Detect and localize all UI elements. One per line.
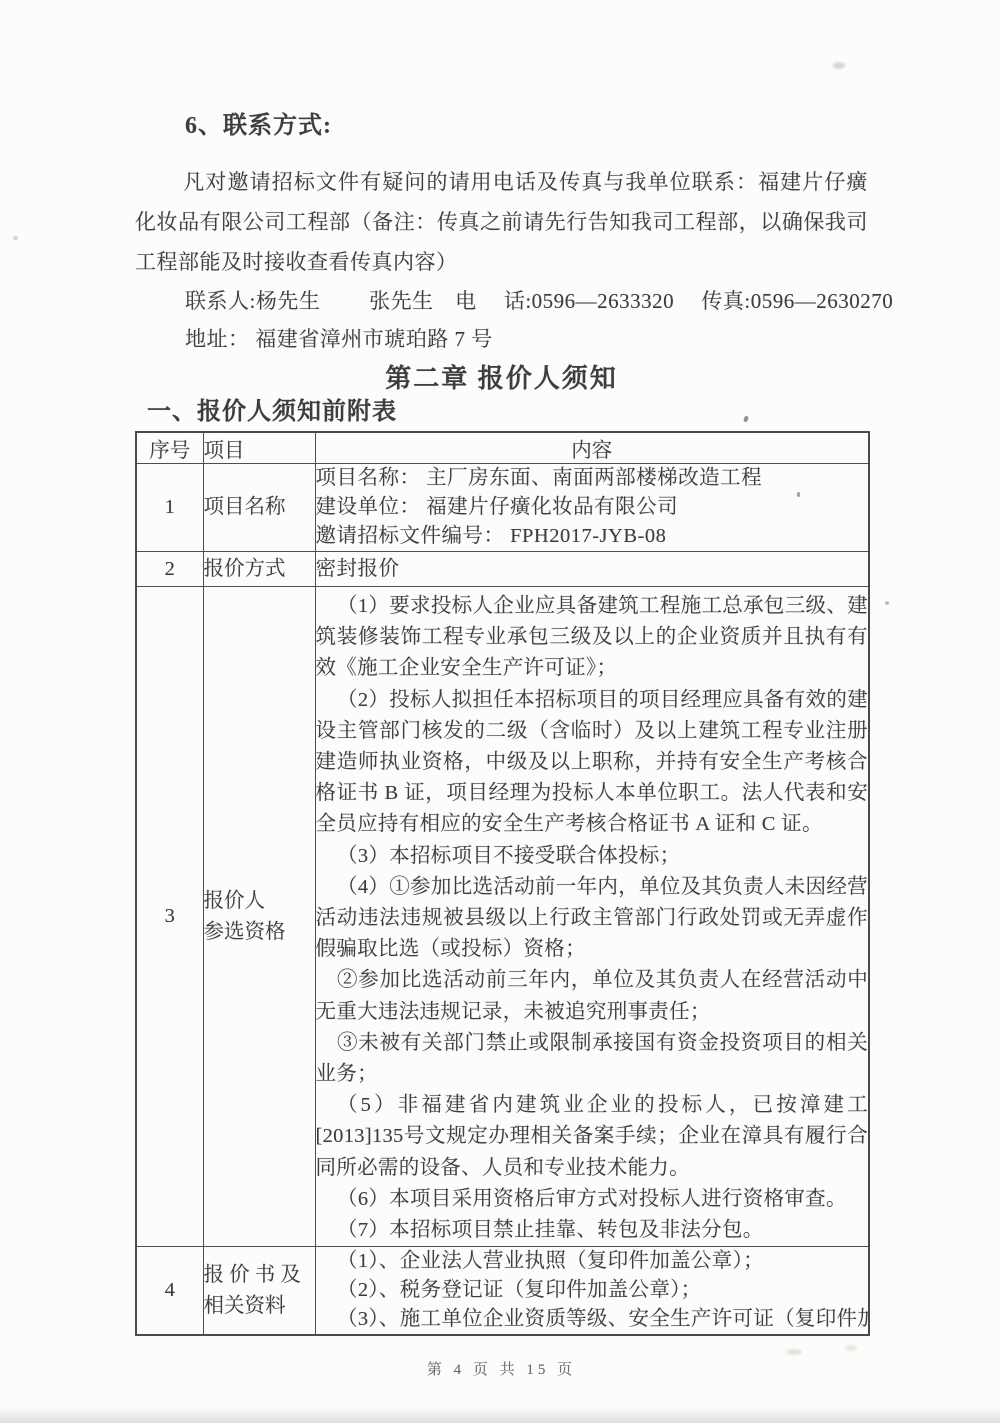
table-row: 3 报价人 参选资格 （1）要求投标人企业应具备建筑工程施工总承包三级、建筑装修…	[136, 587, 869, 1247]
document-body: 6、联系方式: 凡对邀请招标文件有疑问的请用电话及传真与我单位联系：福建片仔癀化…	[135, 0, 868, 1379]
scan-speck	[885, 601, 889, 605]
content-paragraph: （3）本招标项目不接受联合体投标；	[316, 841, 869, 872]
row-content-cell: 项目名称： 主厂房东面、南面两部楼梯改造工程 建设单位： 福建片仔癀化妆品有限公…	[315, 464, 869, 552]
contact-persons-line: 联系人:杨先生 张先生 电 话:0596—2633320 传真:0596—263…	[135, 282, 868, 320]
row-item-label: 报 价 书 及 相关资料	[203, 1247, 315, 1336]
row-item-line: 报价人	[204, 886, 315, 917]
table-row: 2 报价方式 密封报价	[136, 552, 869, 587]
table-header-row: 序号 项目 内容	[136, 432, 869, 464]
row-item-line: 报价方式	[204, 554, 315, 585]
chapter-title: 第二章 报价人须知	[135, 362, 868, 396]
content-line: 邀请招标文件编号： FPH2017-JYB-08	[316, 522, 869, 551]
content-line: 建设单位： 福建片仔癀化妆品有限公司	[316, 493, 869, 522]
content-paragraph: （6）本项目采用资格后审方式对投标人进行资格审查。	[316, 1184, 869, 1215]
scan-edge-shade	[0, 1407, 1000, 1423]
contact-paragraph: 凡对邀请招标文件有疑问的请用电话及传真与我单位联系：福建片仔癀化妆品有限公司工程…	[135, 162, 868, 282]
scan-speck	[13, 236, 18, 240]
row-seq-number: 1	[136, 464, 203, 552]
row-seq-number: 4	[136, 1247, 203, 1336]
content-line: （1）、企业法人营业执照（复印件加盖公章）；	[316, 1247, 869, 1276]
table-row: 4 报 价 书 及 相关资料 （1）、企业法人营业执照（复印件加盖公章）； （2…	[136, 1247, 869, 1336]
column-header-content: 内容	[315, 432, 869, 464]
content-paragraph: ③未被有关部门禁止或限制承接国有资金投资项目的相关业务；	[316, 1028, 869, 1090]
row-seq-number: 2	[136, 552, 203, 587]
content-paragraph: ②参加比选活动前三年内，单位及其负责人在经营活动中无重大违法违规记录，未被追究刑…	[316, 965, 869, 1027]
document-page: 6、联系方式: 凡对邀请招标文件有疑问的请用电话及传真与我单位联系：福建片仔癀化…	[0, 0, 1000, 1423]
content-paragraph: （4）①参加比选活动前一年内，单位及其负责人未因经营活动违法违规被县级以上行政主…	[316, 872, 869, 966]
content-paragraph: （5）非福建省内建筑业企业的投标人，已按漳建工[2013]135号文规定办理相关…	[316, 1090, 869, 1184]
row-item-label: 项目名称	[203, 464, 315, 552]
row-content-cell: （1）要求投标人企业应具备建筑工程施工总承包三级、建筑装修装饰工程专业承包三级及…	[315, 587, 869, 1247]
content-paragraph: （2）投标人拟担任本招标项目的项目经理应具备有效的建设主管部门核发的二级（含临时…	[316, 685, 869, 841]
row-seq-number: 3	[136, 587, 203, 1247]
row-content-cell: 密封报价	[315, 552, 869, 587]
table-row: 1 项目名称 项目名称： 主厂房东面、南面两部楼梯改造工程 建设单位： 福建片仔…	[136, 464, 869, 552]
section-title: 一、报价人须知前附表	[147, 398, 868, 427]
row-item-line: 项目名称	[204, 492, 315, 523]
bidder-notice-pre-table: 序号 项目 内容 1 项目名称 项目名称： 主厂房东面、南面两部楼梯改造工程 建…	[135, 431, 870, 1336]
row-content-cell: （1）、企业法人营业执照（复印件加盖公章）； （2）、税务登记证（复印件加盖公章…	[315, 1247, 869, 1336]
column-header-item: 项目	[203, 432, 315, 464]
column-header-seq: 序号	[136, 432, 203, 464]
contact-section-heading: 6、联系方式:	[185, 110, 868, 142]
row-item-line: 参选资格	[204, 917, 315, 948]
contact-address-line: 地址： 福建省漳州市琥珀路 7 号	[135, 320, 868, 358]
row-item-line: 相关资料	[204, 1291, 315, 1322]
content-line: 项目名称： 主厂房东面、南面两部楼梯改造工程	[316, 464, 869, 493]
content-paragraph: （7）本招标项目禁止挂靠、转包及非法分包。	[316, 1215, 869, 1246]
row-item-line: 报 价 书 及	[204, 1260, 315, 1291]
row-item-label: 报价方式	[203, 552, 315, 587]
row-item-label: 报价人 参选资格	[203, 587, 315, 1247]
content-line: （3）、施工单位企业资质等级、安全生产许可证（复印件加	[316, 1305, 869, 1334]
content-line: （2）、税务登记证（复印件加盖公章）；	[316, 1276, 869, 1305]
content-line: 密封报价	[316, 555, 869, 584]
content-paragraph: （1）要求投标人企业应具备建筑工程施工总承包三级、建筑装修装饰工程专业承包三级及…	[316, 591, 869, 685]
page-number-indicator: 第 4 页 共 15 页	[135, 1358, 868, 1379]
